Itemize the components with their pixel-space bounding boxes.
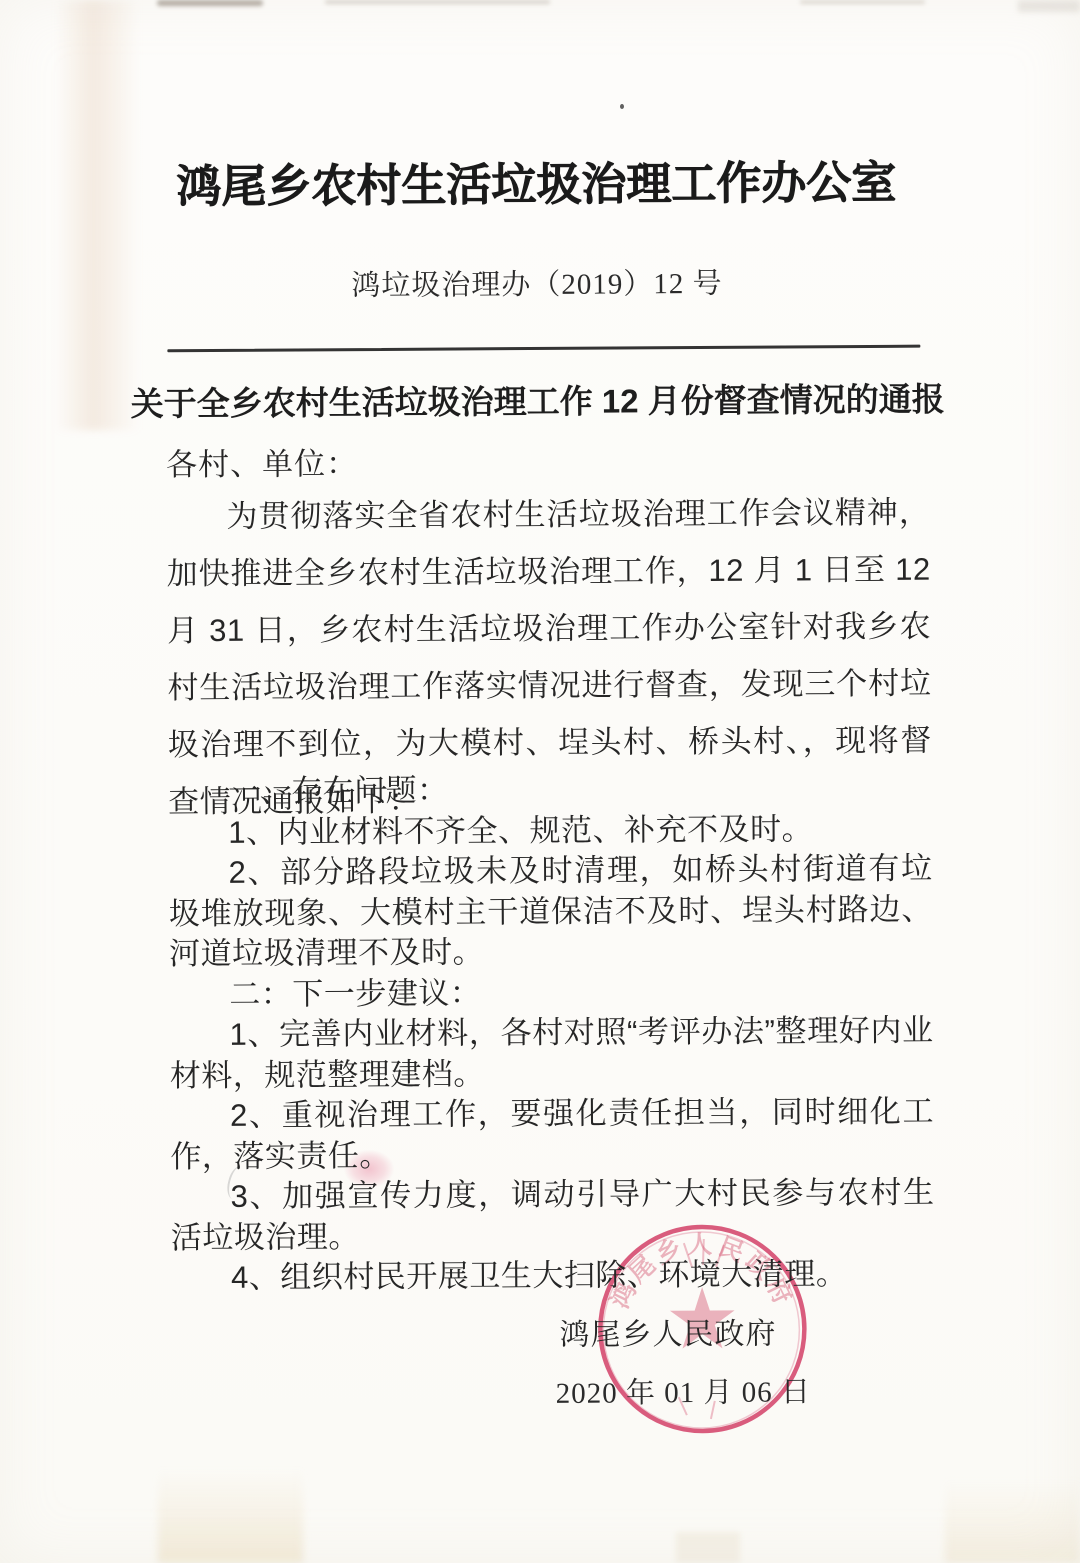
- scanned-document-page: 鸿尾乡人民政府 鸿尾乡农村生活垃圾治理工作办公室 鸿垃圾治理办（2019）12 …: [0, 0, 1080, 1563]
- signature-office: 鸿尾乡人民政府: [559, 1308, 789, 1353]
- header-divider: [167, 345, 920, 353]
- salutation: 各村、单位：: [166, 438, 358, 484]
- suggestion-item-1: 1、完善内业材料，各村对照“考评办法”整理好内业材料，规范整理建档。: [169, 1011, 933, 1097]
- document-subject-title: 关于全乡农村生活垃圾治理工作 12 月份督查情况的通报: [0, 373, 1078, 427]
- section-heading-problems: 一、存在问题：: [168, 768, 932, 813]
- suggestion-item-3: 3、加强宣传力度，调动引导广大村民参与农村生活垃圾治理。: [170, 1173, 934, 1259]
- issuing-office-title: 鸿尾乡农村生活垃圾治理工作办公室: [0, 145, 1077, 217]
- section-heading-suggestions: 二：下一步建议：: [169, 970, 933, 1015]
- suggestion-item-2: 2、重视治理工作，要强化责任担当，同时细化工作，落实责任。: [170, 1092, 934, 1178]
- document-content: 鸿尾乡人民政府 鸿尾乡农村生活垃圾治理工作办公室 鸿垃圾治理办（2019）12 …: [0, 0, 1080, 1563]
- body-sections: 一、存在问题： 1、内业材料不齐全、规范、补充不及时。 2、部分路段垃圾未及时清…: [168, 768, 935, 1299]
- suggestion-item-4: 4、组织村民开展卫生大扫除、环境大清理。: [171, 1254, 935, 1299]
- printed-text-layer: 鸿尾乡农村生活垃圾治理工作办公室 鸿垃圾治理办（2019）12 号 关于全乡农村…: [0, 0, 1075, 3]
- signature-date: 2020 年 01 月 06 日: [556, 1369, 816, 1412]
- problem-item-1: 1、内业材料不齐全、规范、补充不及时。: [168, 808, 932, 853]
- problem-item-2: 2、部分路段垃圾未及时清理，如桥头村街道有垃圾堆放现象、大模村主干道保洁不及时、…: [168, 849, 933, 975]
- document-number: 鸿垃圾治理办（2019）12 号: [0, 259, 1077, 307]
